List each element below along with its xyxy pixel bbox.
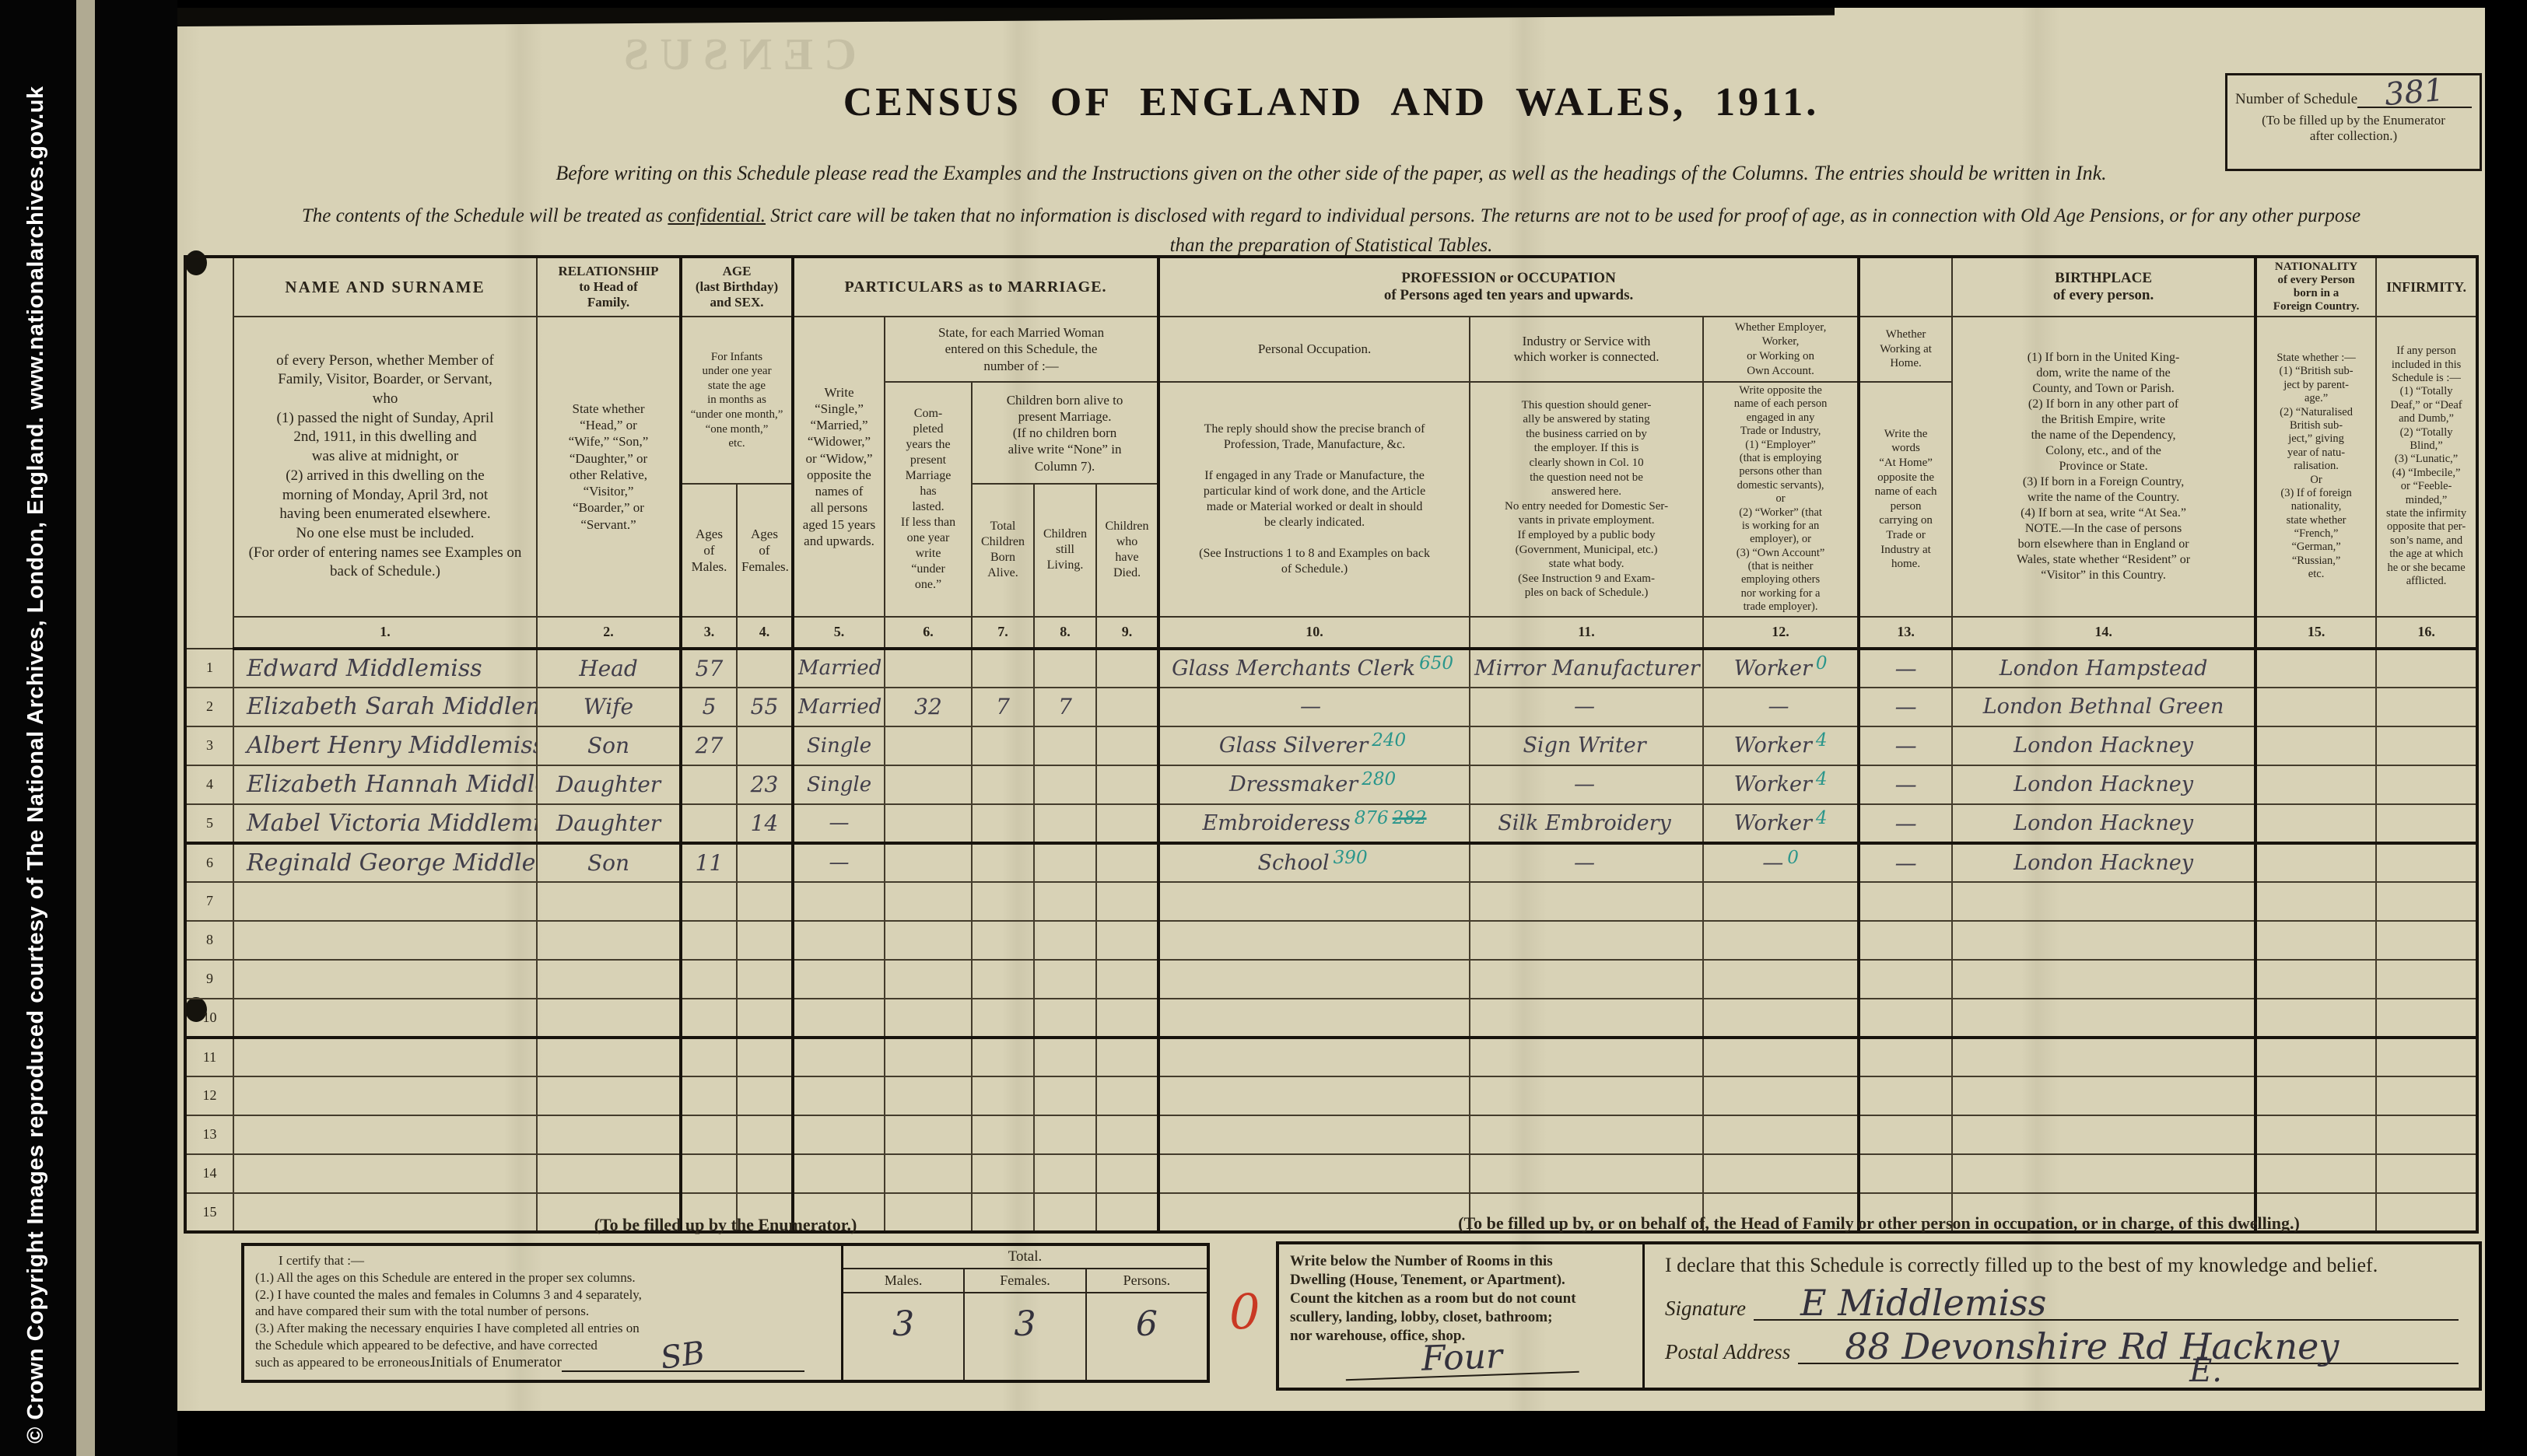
cell-birth: London Hackney — [1952, 804, 2255, 843]
header-personal-occupation: Personal Occupation. — [1158, 317, 1470, 382]
cell-ind — [1470, 1038, 1703, 1076]
table-row: 14 — [185, 1154, 2477, 1193]
cell-occ: — — [1158, 688, 1470, 726]
cell-living — [1034, 843, 1096, 882]
header-marriage-group: PARTICULARS as to MARRIAGE. — [793, 257, 1158, 317]
females-label: Females. — [965, 1269, 1085, 1293]
totals-females-column: Females. 3 — [963, 1269, 1085, 1380]
instructions-occupation: The reply should show the precise branch… — [1158, 382, 1470, 617]
cell-inf — [2376, 1115, 2477, 1154]
cell-num: 2 — [185, 688, 233, 726]
header-nationality: NATIONALITY of every Person born in a Fo… — [2255, 257, 2376, 317]
cell-died — [1096, 882, 1158, 921]
column-number: 14. — [1952, 617, 2255, 649]
cell-born — [972, 726, 1034, 765]
industry-text: — — [1574, 772, 1595, 796]
enumerator-certify: I certify that :— (1.) All the ages on t… — [244, 1246, 841, 1380]
table-row: 1Edward MiddlemissHead57MarriedGlass Mer… — [185, 649, 2477, 688]
cell-marr: Married — [793, 649, 885, 688]
cell-num: 6 — [185, 843, 233, 882]
initials-line: SB — [562, 1343, 804, 1372]
occupation-text: Dressmaker — [1229, 772, 1358, 796]
column-number: 5. — [793, 617, 885, 649]
cell-born — [972, 882, 1034, 921]
table-row: 13 — [185, 1115, 2477, 1154]
cell-ind — [1470, 1076, 1703, 1115]
cell-name: Albert Henry Middlemiss — [233, 726, 537, 765]
cell-home — [1859, 921, 1952, 960]
cell-birth: London Hackney — [1952, 765, 2255, 804]
header-age-sex: AGE (last Birthday) and SEX. — [681, 257, 793, 317]
cell-emp — [1703, 960, 1859, 999]
column-number: 10. — [1158, 617, 1470, 649]
cell-name — [233, 882, 537, 921]
postal-address-value: 88 Devonshire Rd Hackney — [1845, 1332, 2339, 1362]
cell-birth — [1952, 921, 2255, 960]
cell-num: 10 — [185, 999, 233, 1038]
instructions-children-born: Children born alive to present Marriage.… — [972, 382, 1158, 484]
intro-line-2: The contents of the Schedule will be tre… — [177, 205, 2485, 227]
header-infirmity: INFIRMITY. — [2376, 257, 2477, 317]
males-total-value: 3 — [843, 1293, 963, 1380]
cell-years — [885, 882, 972, 921]
table-row: 11 — [185, 1038, 2477, 1076]
postal-district-value: E. — [2189, 1353, 2222, 1389]
cell-born — [972, 1154, 1034, 1193]
initials-label: Initials of Enumerator — [431, 1353, 562, 1372]
persons-label: Persons. — [1087, 1269, 1207, 1293]
cell-birth: London Bethnal Green — [1952, 688, 2255, 726]
header-relationship: RELATIONSHIP to Head of Family. — [537, 257, 681, 317]
cell-age_f — [737, 726, 793, 765]
cell-rel — [537, 1038, 681, 1076]
cell-age_m — [681, 999, 737, 1038]
column-numbers-row: 1. 2. 3. 4. 5. 6. 7. 8. 9. 10. 11. 12. 1… — [185, 617, 2477, 649]
cell-died — [1096, 921, 1158, 960]
industry-text: — — [1574, 851, 1595, 875]
cell-emp: — — [1703, 688, 1859, 726]
cell-emp: Worker4 — [1703, 726, 1859, 765]
cell-ind — [1470, 999, 1703, 1038]
header-industry: Industry or Service with which worker is… — [1470, 317, 1703, 382]
cell-marr — [793, 1038, 885, 1076]
cell-years — [885, 1115, 972, 1154]
cell-occ: School390 — [1158, 843, 1470, 882]
cell-age_m: 5 — [681, 688, 737, 726]
instructions-relationship: State whether “Head,” or “Wife,” “Son,” … — [537, 317, 681, 617]
cell-rel: Wife — [537, 688, 681, 726]
employment-text: — — [1768, 695, 1789, 719]
cell-rel — [537, 882, 681, 921]
cell-home — [1859, 999, 1952, 1038]
cell-age_f — [737, 999, 793, 1038]
cell-num: 9 — [185, 960, 233, 999]
cell-emp — [1703, 1076, 1859, 1115]
schedule-number-value: 381 — [2384, 78, 2445, 108]
cell-marr: — — [793, 804, 885, 843]
cell-living — [1034, 999, 1096, 1038]
table-header: NAME AND SURNAME RELATIONSHIP to Head of… — [185, 257, 2477, 649]
cell-living — [1034, 921, 1096, 960]
cell-marr — [793, 882, 885, 921]
signature-label: Signature — [1665, 1297, 1746, 1321]
cell-born — [972, 921, 1034, 960]
cell-num: 3 — [185, 726, 233, 765]
cell-born — [972, 765, 1034, 804]
cell-occ — [1158, 1115, 1470, 1154]
employment-text: Worker — [1734, 733, 1812, 758]
cell-age_m — [681, 765, 737, 804]
occupation-code: 650 — [1419, 653, 1453, 674]
cell-emp — [1703, 999, 1859, 1038]
table-row: 3Albert Henry MiddlemissSon27SingleGlass… — [185, 726, 2477, 765]
cell-living — [1034, 1038, 1096, 1076]
cell-home — [1859, 1154, 1952, 1193]
cell-nat — [2255, 843, 2376, 882]
cell-age_m: 27 — [681, 726, 737, 765]
intro-confidential: confidential. — [668, 205, 766, 226]
intro-line-1: Before writing on this Schedule please r… — [177, 162, 2485, 185]
cell-rel: Daughter — [537, 765, 681, 804]
cell-nat — [2255, 726, 2376, 765]
table-row: 5Mabel Victoria MiddlemissDaughter14—Emb… — [185, 804, 2477, 843]
cell-rel — [537, 921, 681, 960]
schedule-number-note: (To be filled up by the Enumerator after… — [2235, 113, 2472, 143]
instructions-employer-worker: Write opposite the name of each person e… — [1703, 382, 1859, 617]
row-number-column-header — [185, 257, 233, 649]
occupation-code: 240 — [1372, 730, 1406, 751]
cell-name — [233, 1076, 537, 1115]
cell-born — [972, 999, 1034, 1038]
census-table: NAME AND SURNAME RELATIONSHIP to Head of… — [184, 255, 2479, 1234]
cell-nat — [2255, 1154, 2376, 1193]
occupation-text: Glass Silverer — [1219, 733, 1368, 758]
employment-code: 4 — [1816, 730, 1828, 751]
cell-inf — [2376, 649, 2477, 688]
industry-text: — — [1574, 695, 1595, 719]
rooms-count-value: Four — [1344, 1337, 1579, 1381]
cell-marr — [793, 1115, 885, 1154]
cell-age_f — [737, 843, 793, 882]
declaration-text: I declare that this Schedule is correctl… — [1665, 1254, 2459, 1277]
cell-born — [972, 804, 1034, 843]
cell-occ — [1158, 1076, 1470, 1115]
cell-birth — [1952, 882, 2255, 921]
cell-inf — [2376, 688, 2477, 726]
postal-address-line: 88 Devonshire Rd Hackney — [1798, 1332, 2459, 1364]
cell-rel: Son — [537, 843, 681, 882]
cell-emp: Worker0 — [1703, 649, 1859, 688]
cell-num: 8 — [185, 921, 233, 960]
column-number: 1. — [233, 617, 537, 649]
cell-living — [1034, 1154, 1096, 1193]
cell-died — [1096, 1076, 1158, 1115]
cell-occ — [1158, 999, 1470, 1038]
table-row: 12 — [185, 1076, 2477, 1115]
cell-living — [1034, 1115, 1096, 1154]
page-title: CENSUS OF ENGLAND AND WALES, 1911. — [177, 79, 2485, 125]
cell-born — [972, 960, 1034, 999]
table-row: 6Reginald George MiddlemissSon11—School3… — [185, 843, 2477, 882]
instructions-marriage-years: Com- pleted years the present Marriage h… — [885, 382, 972, 617]
column-number: 9. — [1096, 617, 1158, 649]
cell-name — [233, 1038, 537, 1076]
cell-num: 15 — [185, 1193, 233, 1232]
cell-age_m — [681, 1038, 737, 1076]
cell-inf — [2376, 921, 2477, 960]
totals-title: Total. — [843, 1246, 1207, 1269]
cell-inf — [2376, 882, 2477, 921]
cell-nat — [2255, 999, 2376, 1038]
cell-living — [1034, 882, 1096, 921]
cell-inf — [2376, 843, 2477, 882]
scan-top-shadow — [177, 8, 1835, 26]
employment-code: 4 — [1816, 808, 1828, 828]
head-of-family-box: Write below the Number of Rooms in this … — [1276, 1241, 2482, 1391]
cell-years — [885, 804, 972, 843]
females-total-value: 3 — [965, 1293, 1085, 1380]
cell-age_f — [737, 960, 793, 999]
cell-emp: Worker4 — [1703, 765, 1859, 804]
cell-nat — [2255, 960, 2376, 999]
column-number: 13. — [1859, 617, 1952, 649]
cell-name — [233, 960, 537, 999]
cell-nat — [2255, 921, 2376, 960]
cell-occ: Dressmaker280 — [1158, 765, 1470, 804]
cell-occ: Glass Silverer240 — [1158, 726, 1470, 765]
certify-item-1: (1.) All the ages on this Schedule are e… — [255, 1269, 833, 1286]
cell-living — [1034, 960, 1096, 999]
header-ages-males: Ages of Males. — [681, 484, 737, 616]
males-label: Males. — [843, 1269, 963, 1293]
cell-ind — [1470, 882, 1703, 921]
cell-age_m — [681, 921, 737, 960]
occupation-text: School — [1258, 851, 1330, 875]
cell-num: 5 — [185, 804, 233, 843]
certify-item-2: (2.) I have counted the males and female… — [255, 1286, 833, 1321]
cell-occ: Embroideress876282 — [1158, 804, 1470, 843]
industry-text: Silk Embroidery — [1498, 811, 1671, 835]
cell-name: Edward Middlemiss — [233, 649, 537, 688]
cell-marr — [793, 1154, 885, 1193]
cell-living: 7 — [1034, 688, 1096, 726]
cell-age_f — [737, 1154, 793, 1193]
cell-marr — [793, 960, 885, 999]
cell-ind: Silk Embroidery — [1470, 804, 1703, 843]
cell-ind — [1470, 1115, 1703, 1154]
cell-ind — [1470, 921, 1703, 960]
totals-table: Total. Males. 3 Females. 3 Persons. 6 — [841, 1246, 1207, 1380]
cell-home: — — [1859, 726, 1952, 765]
header-working-at-home: Whether Working at Home. — [1859, 317, 1952, 382]
instructions-at-home: Write the words “At Home” opposite the n… — [1859, 382, 1952, 617]
cell-emp: —0 — [1703, 843, 1859, 882]
cell-age_f — [737, 1115, 793, 1154]
cell-died — [1096, 843, 1158, 882]
column-number: 12. — [1703, 617, 1859, 649]
cell-born — [972, 1038, 1034, 1076]
cell-home: — — [1859, 804, 1952, 843]
cell-occ — [1158, 1154, 1470, 1193]
cell-age_m — [681, 960, 737, 999]
cell-home: — — [1859, 843, 1952, 882]
cell-emp — [1703, 1115, 1859, 1154]
cell-occ — [1158, 921, 1470, 960]
cell-years — [885, 999, 972, 1038]
cell-rel: Daughter — [537, 804, 681, 843]
cell-age_m — [681, 1115, 737, 1154]
cell-num: 4 — [185, 765, 233, 804]
cell-occ — [1158, 882, 1470, 921]
cell-living — [1034, 1076, 1096, 1115]
cell-name: Mabel Victoria Middlemiss — [233, 804, 537, 843]
cell-years — [885, 921, 972, 960]
header-name: NAME AND SURNAME — [233, 257, 537, 317]
copyright-text: © Crown Copyright Images reproduced cour… — [23, 86, 49, 1444]
cell-marr — [793, 921, 885, 960]
cell-num: 14 — [185, 1154, 233, 1193]
census-schedule-page: CENSUS CENSUS OF ENGLAND AND WALES, 1911… — [177, 8, 2485, 1411]
cell-name — [233, 1115, 537, 1154]
column-number: 2. — [537, 617, 681, 649]
cell-nat — [2255, 1115, 2376, 1154]
cell-birth: London Hackney — [1952, 843, 2255, 882]
signature-line: E Middlemiss — [1754, 1288, 2459, 1321]
table-row: 4Elizabeth Hannah MiddlemissDaughter23Si… — [185, 765, 2477, 804]
cell-inf — [2376, 1076, 2477, 1115]
cell-marr: Married — [793, 688, 885, 726]
industry-text: Sign Writer — [1523, 733, 1646, 758]
cell-emp — [1703, 1154, 1859, 1193]
column-number: 16. — [2376, 617, 2477, 649]
cell-age_f — [737, 1038, 793, 1076]
cell-home: — — [1859, 649, 1952, 688]
cell-inf — [2376, 726, 2477, 765]
cell-died — [1096, 804, 1158, 843]
cell-inf — [2376, 960, 2477, 999]
cell-ind — [1470, 960, 1703, 999]
cell-born — [972, 1115, 1034, 1154]
cell-marr — [793, 1076, 885, 1115]
cell-marr: Single — [793, 726, 885, 765]
cell-nat — [2255, 882, 2376, 921]
table-body: 1Edward MiddlemissHead57MarriedGlass Mer… — [185, 649, 2477, 1232]
cell-num: 11 — [185, 1038, 233, 1076]
cell-age_f: 55 — [737, 688, 793, 726]
cell-name — [233, 1154, 537, 1193]
instructions-name: of every Person, whether Member of Famil… — [233, 317, 537, 617]
cell-birth — [1952, 1154, 2255, 1193]
table-row: 10 — [185, 999, 2477, 1038]
bleed-through-text: CENSUS — [613, 28, 857, 80]
cell-marr: — — [793, 843, 885, 882]
column-number: 7. — [972, 617, 1034, 649]
table-row: 7 — [185, 882, 2477, 921]
intro-line-2a: The contents of the Schedule will be tre… — [302, 205, 668, 226]
cell-num: 1 — [185, 649, 233, 688]
cell-birth — [1952, 999, 2255, 1038]
column-number: 6. — [885, 617, 972, 649]
occupation-code: 280 — [1362, 769, 1396, 789]
table-row: 8 — [185, 921, 2477, 960]
cell-emp: Worker4 — [1703, 804, 1859, 843]
instructions-infants-age: For Infants under one year state the age… — [681, 317, 793, 484]
cell-rel — [537, 960, 681, 999]
occupation-text: — — [1300, 695, 1321, 719]
column-number: 11. — [1470, 617, 1703, 649]
employment-text: Worker — [1734, 811, 1812, 835]
cell-died — [1096, 765, 1158, 804]
cell-birth: London Hackney — [1952, 726, 2255, 765]
cell-age_m: 57 — [681, 649, 737, 688]
cell-age_f: 14 — [737, 804, 793, 843]
cell-ind: — — [1470, 688, 1703, 726]
cell-died — [1096, 999, 1158, 1038]
cell-emp — [1703, 882, 1859, 921]
schedule-number-line: 381 — [2357, 80, 2472, 108]
cell-ind: — — [1470, 765, 1703, 804]
cell-born — [972, 1076, 1034, 1115]
table-row: 2Elizabeth Sarah MiddlemissWife555Marrie… — [185, 688, 2477, 726]
certify-intro: I certify that :— — [255, 1252, 833, 1269]
instructions-nationality: State whether :— (1) “British sub- ject … — [2255, 317, 2376, 617]
cell-age_m: 11 — [681, 843, 737, 882]
cell-died — [1096, 1038, 1158, 1076]
cell-living — [1034, 649, 1096, 688]
cell-occ — [1158, 960, 1470, 999]
cell-ind: Mirror Manufacturer156 — [1470, 649, 1703, 688]
totals-males-column: Males. 3 — [843, 1269, 963, 1380]
paper-edge — [76, 0, 95, 1456]
cell-occ: Glass Merchants Clerk650 — [1158, 649, 1470, 688]
cell-name: Elizabeth Sarah Middlemiss — [233, 688, 537, 726]
header-children-died: Children who have Died. — [1096, 484, 1158, 616]
cell-living — [1034, 726, 1096, 765]
cell-birth — [1952, 1038, 2255, 1076]
cell-num: 13 — [185, 1115, 233, 1154]
cell-nat — [2255, 649, 2376, 688]
cell-name: Elizabeth Hannah Middlemiss — [233, 765, 537, 804]
intro-line-2c: Strict care will be taken that no inform… — [766, 205, 2361, 226]
cell-years — [885, 765, 972, 804]
cell-died — [1096, 688, 1158, 726]
column-number: 8. — [1034, 617, 1096, 649]
cell-nat — [2255, 1038, 2376, 1076]
header-total-children: Total Children Born Alive. — [972, 484, 1034, 616]
cell-died — [1096, 1154, 1158, 1193]
header-birthplace: BIRTHPLACE of every person. — [1952, 257, 2255, 317]
cell-years — [885, 1154, 972, 1193]
cell-home — [1859, 1115, 1952, 1154]
cell-rel — [537, 1076, 681, 1115]
totals-persons-column: Persons. 6 — [1085, 1269, 1207, 1380]
cell-rel: Son — [537, 726, 681, 765]
cell-occ — [1158, 1038, 1470, 1076]
employment-text: Worker — [1734, 772, 1812, 796]
employment-text: Worker — [1734, 656, 1812, 681]
cell-ind: Sign Writer — [1470, 726, 1703, 765]
persons-total-value: 6 — [1087, 1293, 1207, 1380]
cell-years — [885, 960, 972, 999]
cell-age_m — [681, 1076, 737, 1115]
enumerator-box: I certify that :— (1.) All the ages on t… — [241, 1243, 1210, 1383]
cell-years — [885, 1076, 972, 1115]
cell-num: 7 — [185, 882, 233, 921]
header-profession-group: PROFESSION or OCCUPATION of Persons aged… — [1158, 257, 1859, 317]
cell-num: 12 — [185, 1076, 233, 1115]
industry-text: Mirror Manufacturer — [1474, 656, 1700, 681]
cell-age_f: 23 — [737, 765, 793, 804]
